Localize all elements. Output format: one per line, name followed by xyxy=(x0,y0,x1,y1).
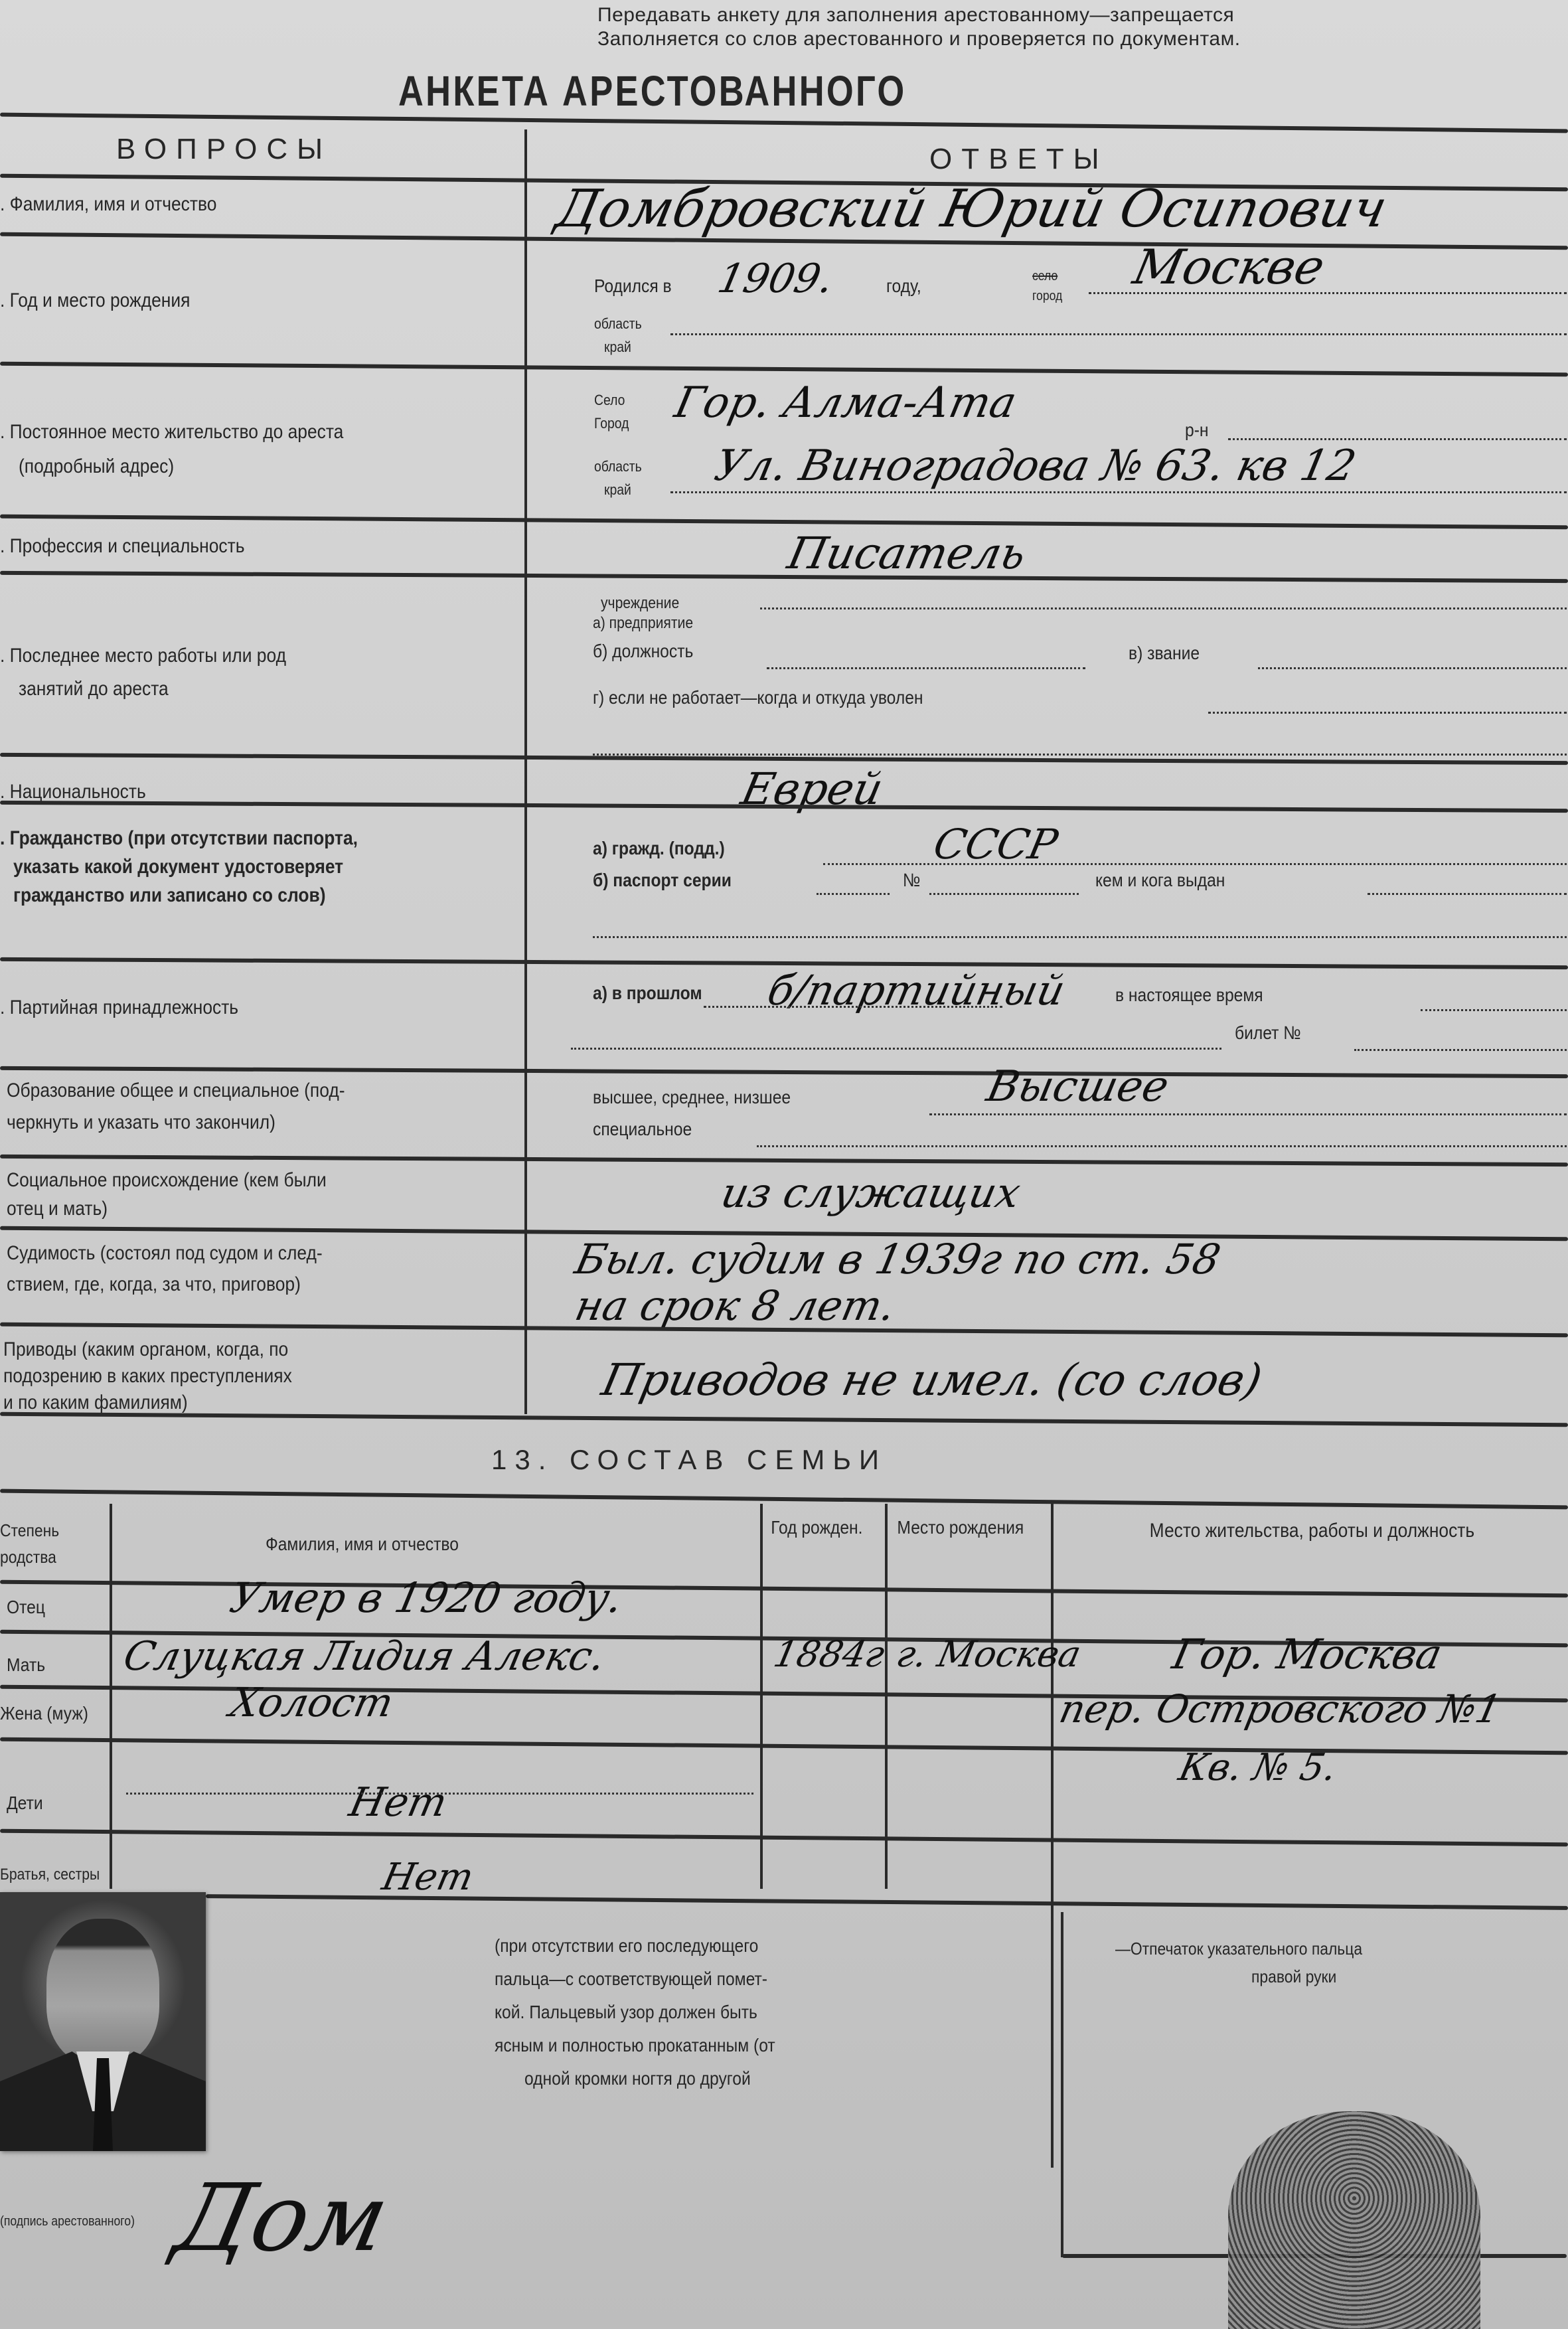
family-section-title: 13. СОСТАВ СЕМЬИ xyxy=(491,1444,887,1476)
oblast-label: область xyxy=(594,315,642,333)
question-education: Образование общее и специальное (под- xyxy=(7,1076,345,1106)
field-line xyxy=(670,491,1567,493)
divider xyxy=(0,1412,1568,1427)
fingerprint-box-border xyxy=(1061,1912,1063,2257)
answer-social-origin: из служащих xyxy=(717,1168,1025,1217)
question-last-work-2: занятий до ареста xyxy=(19,674,169,704)
fingerprint-label-1: —Отпечаток указательного пальца xyxy=(1115,1939,1362,1959)
issued-label: кем и кога выдан xyxy=(1095,870,1225,891)
children-residence: Кв. № 5. xyxy=(1175,1746,1341,1789)
divider xyxy=(0,113,1568,133)
party-ticket-field xyxy=(1354,1049,1567,1051)
answers-header: ОТВЕТЫ xyxy=(929,143,1109,176)
rank-field xyxy=(1258,667,1567,669)
header-birth-year: Год рожден. xyxy=(770,1514,864,1542)
selo-label: село xyxy=(1032,269,1058,284)
party-ticket-label: билет № xyxy=(1235,1022,1301,1044)
relation-siblings: Братья, сестры xyxy=(0,1866,100,1884)
question-social-origin: Социальное происхождение (кем были xyxy=(7,1165,327,1196)
signature: Дом xyxy=(166,2164,398,2273)
gorod-label: город xyxy=(1032,289,1062,304)
education-special-field xyxy=(757,1145,1567,1147)
position-label: б) должность xyxy=(593,641,693,662)
divider xyxy=(206,1894,1568,1910)
passport-series-label: б) паспорт серии xyxy=(593,870,732,891)
relation-children: Дети xyxy=(7,1793,43,1814)
passport-no-field xyxy=(929,893,1079,895)
party-now-field xyxy=(1421,1009,1567,1011)
relation-father: Отец xyxy=(7,1597,45,1618)
birth-place: Москве xyxy=(1129,239,1330,295)
rank-label: в) звание xyxy=(1129,643,1200,664)
table-column-line xyxy=(760,1504,763,1889)
questions-header: ВОПРОСЫ xyxy=(116,133,332,166)
divider xyxy=(0,362,1568,376)
divider xyxy=(0,515,1568,529)
table-column-line xyxy=(1051,1504,1054,2168)
enterprise-label: а) предприятие xyxy=(593,614,693,633)
instruction-line-3: кой. Пальцевый узор должен быть xyxy=(495,2002,757,2023)
question-profession: . Профессия и специальность xyxy=(0,531,244,562)
question-full-name: . Фамилия, имя и отчество xyxy=(0,189,216,220)
field-line xyxy=(760,607,1567,609)
krai-label-2: край xyxy=(604,481,631,499)
answer-citizenship: СССР xyxy=(929,820,1062,868)
answer-conviction-1: Был. судим в 1939г по ст. 58 xyxy=(571,1235,1225,1283)
field-line xyxy=(1089,292,1567,294)
field-line xyxy=(929,1113,1567,1115)
year-suffix: году, xyxy=(886,276,921,297)
field-line xyxy=(126,1793,753,1795)
instruction-line-4: ясным и полностью прокатанным (от xyxy=(495,2035,775,2056)
field-line xyxy=(593,754,1567,756)
party-past-label: а) в прошлом xyxy=(593,983,702,1004)
header-birth-place: Место рождения xyxy=(896,1514,1025,1542)
passport-series-field xyxy=(817,893,890,895)
face xyxy=(46,1919,159,2065)
instruction-line-2: пальца—с соответствующей помет- xyxy=(495,1968,767,1990)
header-residence: Место жительства, работы и должность xyxy=(1148,1517,1476,1545)
field-line xyxy=(1228,438,1567,440)
issued-field xyxy=(1368,893,1567,895)
oblast-label-2: область xyxy=(594,458,642,475)
answer-arrests: Приводов не имел. (со слов) xyxy=(597,1354,1267,1405)
signature-label: (подпись арестованного) xyxy=(0,2214,135,2229)
party-now-label: в настоящее время xyxy=(1115,985,1263,1006)
answer-education: Высшее xyxy=(982,1062,1173,1111)
question-residence-detail: (подробный адрес) xyxy=(19,451,174,482)
mother-birth-year: 1884г xyxy=(770,1633,888,1675)
answer-conviction-2: на срок 8 лет. xyxy=(571,1281,900,1330)
question-education-2: черкнуть и указать что закончил) xyxy=(7,1107,275,1138)
rn-label: р-н xyxy=(1185,420,1209,441)
gorod-label-2: Город xyxy=(594,415,629,432)
field-line xyxy=(571,1048,1221,1050)
question-citizenship: . Гражданство (при отсутствии паспорта, xyxy=(0,823,358,854)
relation-spouse: Жена (муж) xyxy=(0,1703,88,1724)
question-citizenship-2: указать какой документ удостоверяет xyxy=(13,852,343,882)
instruction-line-5: одной кромки ногтя до другой xyxy=(524,2068,751,2089)
children-name: Нет xyxy=(345,1779,451,1826)
notice-line-2: Заполняется со слов арестованного и пров… xyxy=(597,28,1241,50)
page-title: АНКЕТА АРЕСТОВАННОГО xyxy=(398,66,906,116)
instruction-line-1: (при отсутствии его последующего xyxy=(495,1935,758,1957)
header-name: Фамилия, имя и отчество xyxy=(266,1534,459,1555)
selo-label-2: Село xyxy=(594,392,625,409)
question-social-origin-2: отец и мать) xyxy=(7,1194,108,1224)
education-levels-label: высшее, среднее, низшее xyxy=(593,1087,791,1108)
notice-line-1: Передавать анкету для заполнения арестов… xyxy=(597,4,1234,27)
mugshot-photo xyxy=(0,1892,206,2151)
born-label: Родился в xyxy=(594,276,672,297)
education-special-label: специальное xyxy=(593,1119,692,1140)
institution-label: учреждение xyxy=(601,594,679,613)
question-residence: . Постоянное место жительство до ареста xyxy=(0,417,343,447)
citizenship-label: а) гражд. (подд.) xyxy=(593,838,725,859)
divider xyxy=(0,1489,1568,1510)
father-name: Умер в 1920 году. xyxy=(226,1573,627,1622)
question-conviction-2: ствием, где, когда, за что, приговор) xyxy=(7,1269,301,1300)
answer-full-name: Домбровский Юрий Осипович xyxy=(551,179,1392,239)
position-field xyxy=(767,667,1085,669)
fingerprint-label-2: правой руки xyxy=(1251,1967,1336,1987)
passport-no-label: № xyxy=(903,870,920,891)
divider xyxy=(0,1829,1568,1847)
question-last-work: . Последнее место работы или род xyxy=(0,641,286,671)
residence-city: Гор. Алма-Ата xyxy=(670,378,1021,428)
spouse-name: Холост xyxy=(226,1680,398,1726)
mother-birth-place: г. Москва xyxy=(893,1633,1085,1675)
krai-label: край xyxy=(604,339,631,356)
question-conviction: Судимость (состоял под судом и след- xyxy=(7,1238,323,1269)
question-party: . Партийная принадлежность xyxy=(0,993,238,1023)
residence-address: Ул. Виноградова № 63. кв 12 xyxy=(710,442,1360,491)
field-line xyxy=(823,863,1567,865)
column-divider xyxy=(524,129,527,1414)
birth-year: 1909. xyxy=(714,256,838,302)
header-relation: Степень родства xyxy=(0,1517,94,1570)
fingerprint-image xyxy=(1228,2111,1480,2329)
dismissed-label: г) если не работает—когда и откуда уволе… xyxy=(593,687,923,708)
field-line xyxy=(704,1006,1002,1008)
question-birth: . Год и место рождения xyxy=(0,285,190,316)
relation-mother: Мать xyxy=(7,1654,45,1676)
field-line xyxy=(593,936,1567,938)
spouse-residence: пер. Островского №1 xyxy=(1056,1686,1505,1731)
dismissed-field xyxy=(1208,712,1567,714)
mother-residence: Гор. Москва xyxy=(1168,1630,1447,1678)
field-line xyxy=(670,333,1567,335)
answer-profession: Писатель xyxy=(783,528,1030,579)
mother-name: Слуцкая Лидия Алекс. xyxy=(119,1633,609,1680)
question-citizenship-3: гражданство или записано со слов) xyxy=(13,880,326,911)
siblings-name: Нет xyxy=(378,1856,477,1899)
